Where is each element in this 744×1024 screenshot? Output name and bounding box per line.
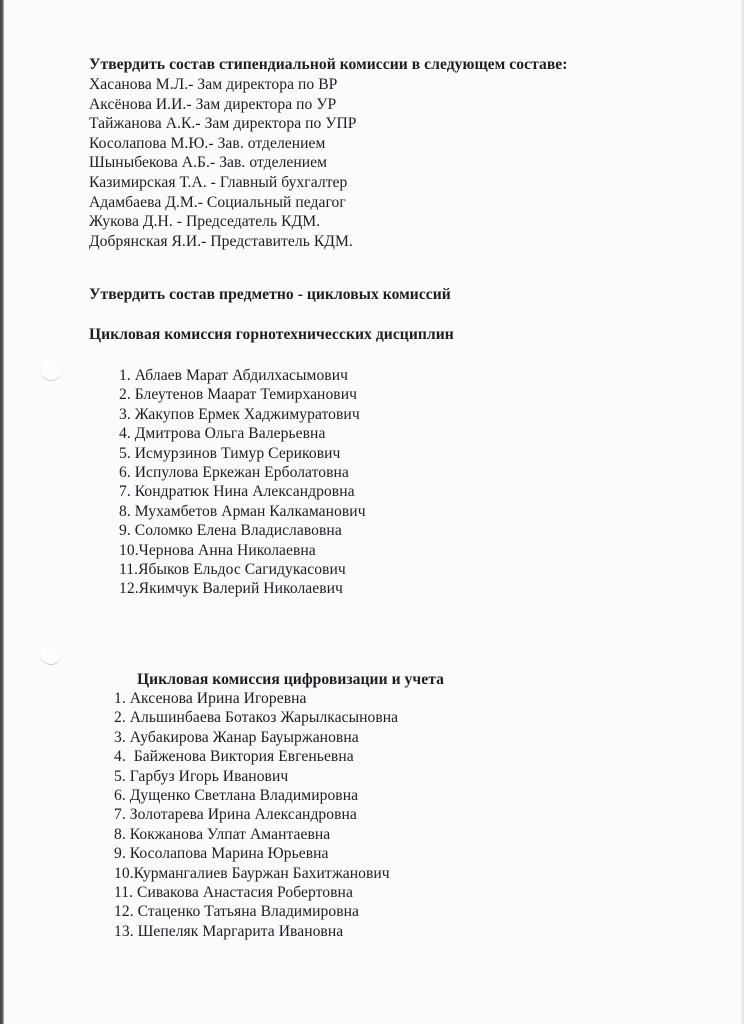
list-item: 10.Чернова Анна Николаевна [119,541,316,561]
list-item: 3. Аубакирова Жанар Бауыржановна [114,728,359,748]
list-item: 9. Косолапова Марина Юрьевна [114,844,329,864]
list-item: Тайжанова А.К.- Зам директора по УПР [89,114,356,134]
mining-commission-title: Цикловая комиссия горнотехничесских дисц… [89,325,454,345]
list-item: 2. Блеутенов Маарат Темирханович [119,385,357,405]
list-item: 13. Шепеляк Маргарита Ивановна [114,922,343,942]
list-item: 8. Мухамбетов Арман Калкаманович [119,502,366,522]
list-item: Аксёнова И.И.- Зам директора по УР [89,95,336,115]
stipend-commission-heading: Утвердить состав стипендиальной комиссии… [89,55,568,75]
digital-commission-title: Цикловая комиссия цифровизации и учета [137,670,444,690]
list-item: Добрянская Я.И.- Представитель КДМ. [89,232,353,252]
list-item: 4. Дмитрова Ольга Валерьевна [119,424,325,444]
list-item: 4. Байженова Виктория Евгеньевна [114,747,354,767]
list-item: 12. Стаценко Татьяна Владимировна [114,902,359,922]
list-item: Косолапова М.Ю.- Зав. отделением [89,134,325,154]
list-item: 11.Ябыков Ельдос Сагидукасович [119,560,346,580]
list-item: 9. Соломко Елена Владиславовна [119,521,342,541]
list-item: 1. Аблаев Марат Абдилхасымович [119,366,348,386]
list-item: 6. Дущенко Светлана Владимировна [114,786,358,806]
list-item: 12.Якимчук Валерий Николаевич [119,579,343,599]
list-item: Адамбаева Д.М.- Социальный педагог [89,193,346,213]
list-item: 7. Кондратюк Нина Александровна [119,482,355,502]
list-item: Жукова Д.Н. - Председатель КДМ. [89,212,320,232]
list-item: 6. Испулова Еркежан Ерболатовна [119,463,349,483]
document-page: Утвердить состав стипендиальной комиссии… [0,0,744,1024]
list-item: Казимирская Т.А. - Главный бухгалтер [89,173,347,193]
list-item: 11. Сивакова Анастасия Робертовна [114,883,353,903]
list-item: 3. Жакупов Ермек Хаджимуратович [119,405,360,425]
list-item: 2. Альшинбаева Ботакоз Жарылкасыновна [114,708,398,728]
list-item: 5. Исмурзинов Тимур Серикович [119,444,340,464]
list-item: Шыныбекова А.Б.- Зав. отделением [89,153,327,173]
list-item: Хасанова М.Л.- Зам директора по ВР [89,75,337,95]
subject-commissions-heading: Утвердить состав предметно - цикловых ко… [89,285,451,305]
list-item: 10.Курмангалиев Бауржан Бахитжанович [114,864,390,884]
list-item: 5. Гарбуз Игорь Иванович [114,767,288,787]
list-item: 1. Аксенова Ирина Игоревна [114,689,306,709]
list-item: 8. Кокжанова Улпат Амантаевна [114,825,330,845]
list-item: 7. Золотарева Ирина Александровна [114,805,357,825]
